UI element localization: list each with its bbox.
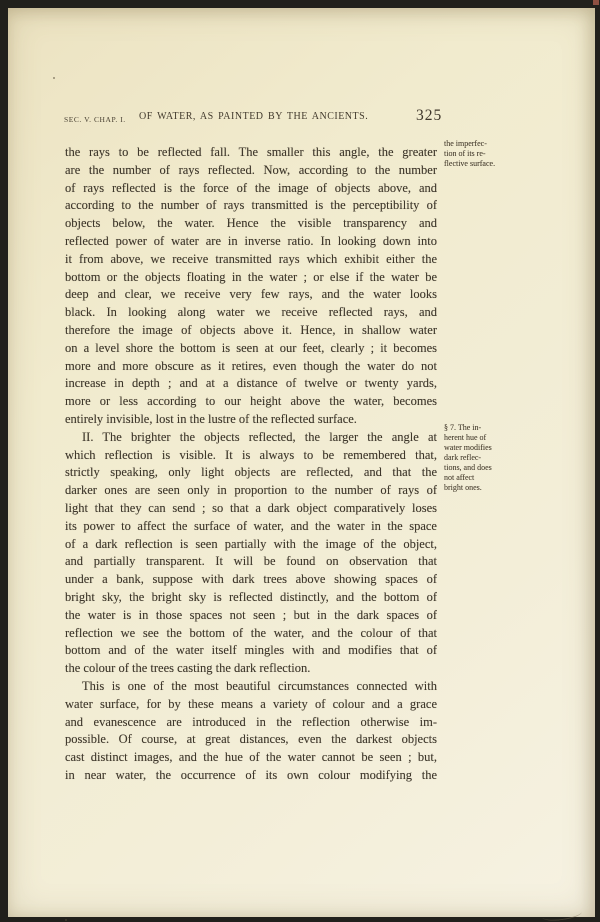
body-text-line: its power to affect the surface of water… bbox=[65, 518, 437, 536]
body-text-line: reflected power of water are in inverse … bbox=[65, 233, 437, 251]
body-text-line: of rays reflected is the force of the im… bbox=[65, 180, 437, 198]
body-text-line: increase in depth ; and at a distance of… bbox=[65, 375, 437, 393]
body-text-line: darker ones are seen only in proportion … bbox=[65, 482, 437, 500]
pencil-mark bbox=[541, 906, 582, 922]
ink-speck bbox=[53, 77, 55, 79]
margin-note: § 7. The in-herent hue ofwater modifiesd… bbox=[444, 423, 524, 493]
body-text-line: the colour of the trees casting the dark… bbox=[65, 660, 437, 678]
body-text-line: more and more obscure as it retires, eve… bbox=[65, 358, 437, 376]
body-text-line: therefore the image of objects above it.… bbox=[65, 322, 437, 340]
margin-note-line: herent hue of bbox=[444, 433, 524, 443]
margin-note-line: flective surface. bbox=[444, 159, 524, 169]
body-text-line: objects below, the water. Hence the visi… bbox=[65, 215, 437, 233]
running-header-title: OF WATER, AS PAINTED BY THE ANCIENTS. bbox=[139, 111, 368, 122]
scan-corner-mark bbox=[593, 0, 599, 5]
margin-note-line: not affect bbox=[444, 473, 524, 483]
margin-note-line: tion of its re- bbox=[444, 149, 524, 159]
body-text-line: reflection we see the bottom of the wate… bbox=[65, 625, 437, 643]
body-text-line: II. The brighter the objects reflected, … bbox=[65, 429, 437, 447]
body-text-line: on a level shore the bottom is seen at o… bbox=[65, 340, 437, 358]
body-text-line: water surface, for by these means a vari… bbox=[65, 696, 437, 714]
body-text-line: and evanescence are introduced in the re… bbox=[65, 714, 437, 732]
body-text-line: light that they can send ; so that a dar… bbox=[65, 500, 437, 518]
scanned-book-page: SEC. V. CHAP. I. OF WATER, AS PAINTED BY… bbox=[0, 0, 600, 922]
body-text-line: entirely invisible, lost in the lustre o… bbox=[65, 411, 437, 429]
margin-note-line: dark reflec- bbox=[444, 453, 524, 463]
margin-note-line: the imperfec- bbox=[444, 139, 524, 149]
body-text-line: it from above, we receive transmitted ra… bbox=[65, 251, 437, 269]
running-header-section: SEC. V. CHAP. I. bbox=[64, 115, 126, 124]
body-text-line: This is one of the most beautiful circum… bbox=[65, 678, 437, 696]
margin-note-line: § 7. The in- bbox=[444, 423, 524, 433]
margin-note-line: water modifies bbox=[444, 443, 524, 453]
body-text-line: which reflection is visible. It is alway… bbox=[65, 447, 437, 465]
margin-note-line: bright ones. bbox=[444, 483, 524, 493]
body-text-line: possible. Of course, at great distances,… bbox=[65, 731, 437, 749]
margin-note-line: tions, and does bbox=[444, 463, 524, 473]
ink-speck bbox=[65, 919, 67, 921]
body-text: the rays to be reflected fall. The small… bbox=[65, 144, 437, 785]
body-text-line: of a dark reflection is seen partially w… bbox=[65, 536, 437, 554]
body-text-line: cast distinct images, and the hue of the… bbox=[65, 749, 437, 767]
body-text-line: according to the number of rays transmit… bbox=[65, 197, 437, 215]
body-text-line: bright sky, the bright sky is reflected … bbox=[65, 589, 437, 607]
body-text-line: under a bank, suppose with dark trees ab… bbox=[65, 571, 437, 589]
margin-note: the imperfec-tion of its re-flective sur… bbox=[444, 139, 524, 169]
body-text-line: and partially transparent. It will be fo… bbox=[65, 553, 437, 571]
body-text-line: bottom and of the water itself mingles w… bbox=[65, 642, 437, 660]
body-text-line: more or less according to our height abo… bbox=[65, 393, 437, 411]
body-text-line: are the number of rays reflected. Now, a… bbox=[65, 162, 437, 180]
body-text-line: deep and clear, we receive very few rays… bbox=[65, 286, 437, 304]
body-text-line: black. In looking along water we receive… bbox=[65, 304, 437, 322]
body-text-line: bottom or the objects floating in the wa… bbox=[65, 269, 437, 287]
body-text-line: the water is in those spaces not seen ; … bbox=[65, 607, 437, 625]
body-text-line: in near water, the occurrence of its own… bbox=[65, 767, 437, 785]
page-number: 325 bbox=[416, 107, 442, 125]
body-text-line: the rays to be reflected fall. The small… bbox=[65, 144, 437, 162]
body-text-line: strictly speaking, only light objects ar… bbox=[65, 464, 437, 482]
book-page: SEC. V. CHAP. I. OF WATER, AS PAINTED BY… bbox=[8, 8, 595, 917]
